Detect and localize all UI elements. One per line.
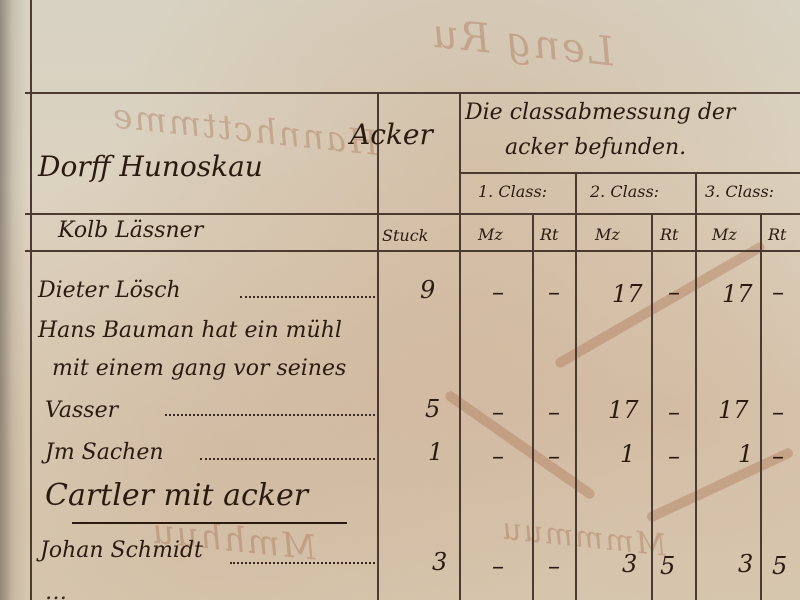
section-row-c2-mz: 3 — [622, 550, 637, 578]
section-row-c2-rt: 5 — [660, 552, 675, 580]
row-acker: 1 — [428, 438, 443, 466]
class-1-label: 1. Class: — [478, 182, 547, 201]
row-c2-rt: – — [668, 398, 680, 426]
class2-rt-rule — [651, 213, 653, 600]
row-c3-rt: – — [772, 278, 784, 306]
bleed-through-text: Leng Ru — [428, 10, 616, 75]
units-top-rule — [25, 213, 800, 215]
partial-next-row: … — [45, 580, 67, 600]
acker-unit: Stuck — [382, 226, 428, 245]
section-row-c3-rt: 5 — [772, 552, 787, 580]
acker-column-rule — [377, 92, 379, 600]
row-name: Vasser — [45, 398, 118, 423]
class-2-rt: Rt — [660, 225, 678, 244]
row-c3-mz: 17 — [722, 280, 753, 308]
class-3-mz: Mz — [712, 225, 737, 244]
row-c2-mz: 17 — [612, 280, 643, 308]
row-acker: 9 — [420, 276, 435, 304]
acker-header: Acker — [350, 118, 433, 151]
village-title: Dorff Hunoskau — [38, 150, 263, 183]
row-acker: 5 — [425, 395, 440, 423]
classification-heading: Die classabmessung der — [465, 100, 735, 125]
row-c3-rt: – — [772, 442, 784, 470]
section-row-acker: 3 — [432, 548, 447, 576]
row-name: Jm Sachen — [45, 440, 164, 465]
page-binding-shadow — [0, 0, 26, 600]
row-c1-mz: – — [492, 398, 504, 426]
bleed-through-text: Mmmmuu — [499, 511, 668, 563]
class-3-label: 3. Class: — [705, 182, 774, 201]
bleed-stroke — [443, 389, 596, 500]
row-c3-rt: – — [772, 398, 784, 426]
class1-rt-rule — [532, 213, 534, 600]
row-name: Hans Bauman hat ein mühl — [38, 318, 342, 343]
section-heading: Cartler mit acker — [45, 478, 308, 513]
margin-rule — [30, 0, 32, 600]
row-c1-mz: – — [492, 442, 504, 470]
leader-dots — [230, 562, 375, 564]
section-heading-underline — [72, 522, 347, 524]
row-c2-mz: 1 — [620, 440, 635, 468]
row-name: mit einem gang vor seines — [52, 356, 346, 381]
row-c3-mz: 17 — [718, 396, 749, 424]
class-1-mz: Mz — [478, 225, 503, 244]
header-top-rule — [25, 92, 800, 94]
leader-dots — [240, 296, 375, 298]
section-row-c1-rt: – — [548, 552, 560, 580]
class3-rt-rule — [760, 213, 762, 600]
row-c1-rt: – — [548, 278, 560, 306]
class-3-rt: Rt — [768, 225, 786, 244]
leader-dots — [165, 414, 375, 416]
section-row-name: Johan Schmidt — [40, 538, 203, 563]
class-2-mz: Mz — [595, 225, 620, 244]
class3-column-rule — [695, 172, 697, 600]
row-c1-rt: – — [548, 442, 560, 470]
row-name: Dieter Lösch — [38, 278, 181, 303]
row-c2-rt: – — [668, 278, 680, 306]
row-c2-rt: – — [668, 442, 680, 470]
section-row-c1-mz: – — [492, 552, 504, 580]
row-c1-rt: – — [548, 398, 560, 426]
section-row-c3-mz: 3 — [738, 550, 753, 578]
classification-heading-2: acker befunden. — [505, 135, 686, 160]
owner-title: Kolb Lässner — [58, 218, 203, 243]
row-c1-mz: – — [492, 278, 504, 306]
class-header-rule — [459, 172, 800, 174]
class-2-label: 2. Class: — [590, 182, 659, 201]
class-1-rt: Rt — [540, 225, 558, 244]
class2-column-rule — [575, 172, 577, 600]
class1-column-rule — [459, 92, 461, 600]
row-c2-mz: 17 — [608, 396, 639, 424]
row-c3-mz: 1 — [738, 440, 753, 468]
header-bottom-rule — [25, 250, 800, 252]
leader-dots — [200, 458, 375, 460]
